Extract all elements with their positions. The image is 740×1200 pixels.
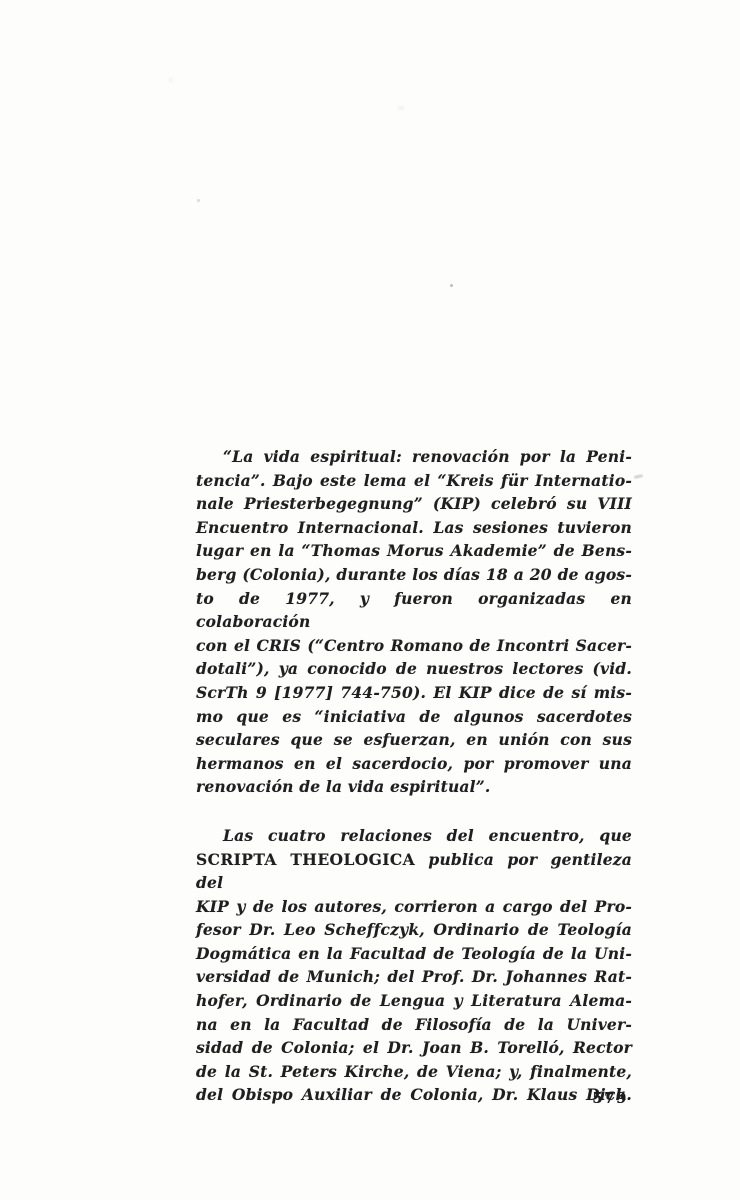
text-line: renovación de la vida espiritual”. (196, 775, 632, 799)
scanned-journal-page: “La vida espiritual: renovación por la P… (0, 0, 740, 1200)
text-line: de la St. Peters Kirche, de Viena; y, fi… (196, 1060, 632, 1084)
journal-name: SCRIPTA THEOLOGICA (196, 850, 415, 869)
text-line: nale Priesterbegegnung” (KIP) celebró su… (196, 492, 632, 516)
text-line: Dogmática en la Facultad de Teología de … (196, 942, 632, 966)
text-line: to de 1977, y fueron organizadas en cola… (196, 587, 632, 634)
text-line: SCRIPTA THEOLOGICA publica por gentileza… (196, 848, 632, 895)
text-line: seculares que se esfuerzan, en unión con… (196, 728, 632, 752)
paragraph-introduction: “La vida espiritual: renovación por la P… (196, 445, 632, 799)
text-line: “La vida espiritual: renovación por la P… (196, 445, 632, 469)
text-line: tencia”. Bajo este lema el “Kreis für In… (196, 469, 632, 493)
text-line: con el CRIS (“Centro Romano de Incontri … (196, 634, 632, 658)
scan-speck-icon (168, 78, 173, 82)
text-line: berg (Colonia), durante los días 18 a 20… (196, 563, 632, 587)
page-number: 579 (196, 1089, 628, 1107)
text-line: sidad de Colonia; el Dr. Joan B. Torelló… (196, 1036, 632, 1060)
scan-speck-icon (398, 106, 404, 110)
text-line: Encuentro Internacional. Las sesiones tu… (196, 516, 632, 540)
text-line: dotali”), ya conocido de nuestros lector… (196, 657, 632, 681)
text-block: “La vida espiritual: renovación por la P… (196, 445, 632, 1107)
text-line: KIP y de los autores, corrieron a cargo … (196, 895, 632, 919)
text-line: Las cuatro relaciones del encuentro, que (196, 824, 632, 848)
text-line: lugar en la “Thomas Morus Akademie” de B… (196, 539, 632, 563)
text-line: versidad de Munich; del Prof. Dr. Johann… (196, 965, 632, 989)
scan-speck-icon (634, 474, 643, 479)
text-line: fesor Dr. Leo Scheffczyk, Ordinario de T… (196, 918, 632, 942)
scan-speck-icon (450, 284, 453, 287)
paragraph-authors: Las cuatro relaciones del encuentro, que… (196, 824, 632, 1107)
scan-speck-icon (197, 199, 200, 202)
text-line: hofer, Ordinario de Lengua y Literatura … (196, 989, 632, 1013)
text-line: hermanos en el sacerdocio, por promover … (196, 752, 632, 776)
text-line: na en la Facultad de Filosofía de la Uni… (196, 1013, 632, 1037)
text-line: ScrTh 9 [1977] 744-750). El KIP dice de … (196, 681, 632, 705)
text-line: mo que es “iniciativa de algunos sacerdo… (196, 705, 632, 729)
